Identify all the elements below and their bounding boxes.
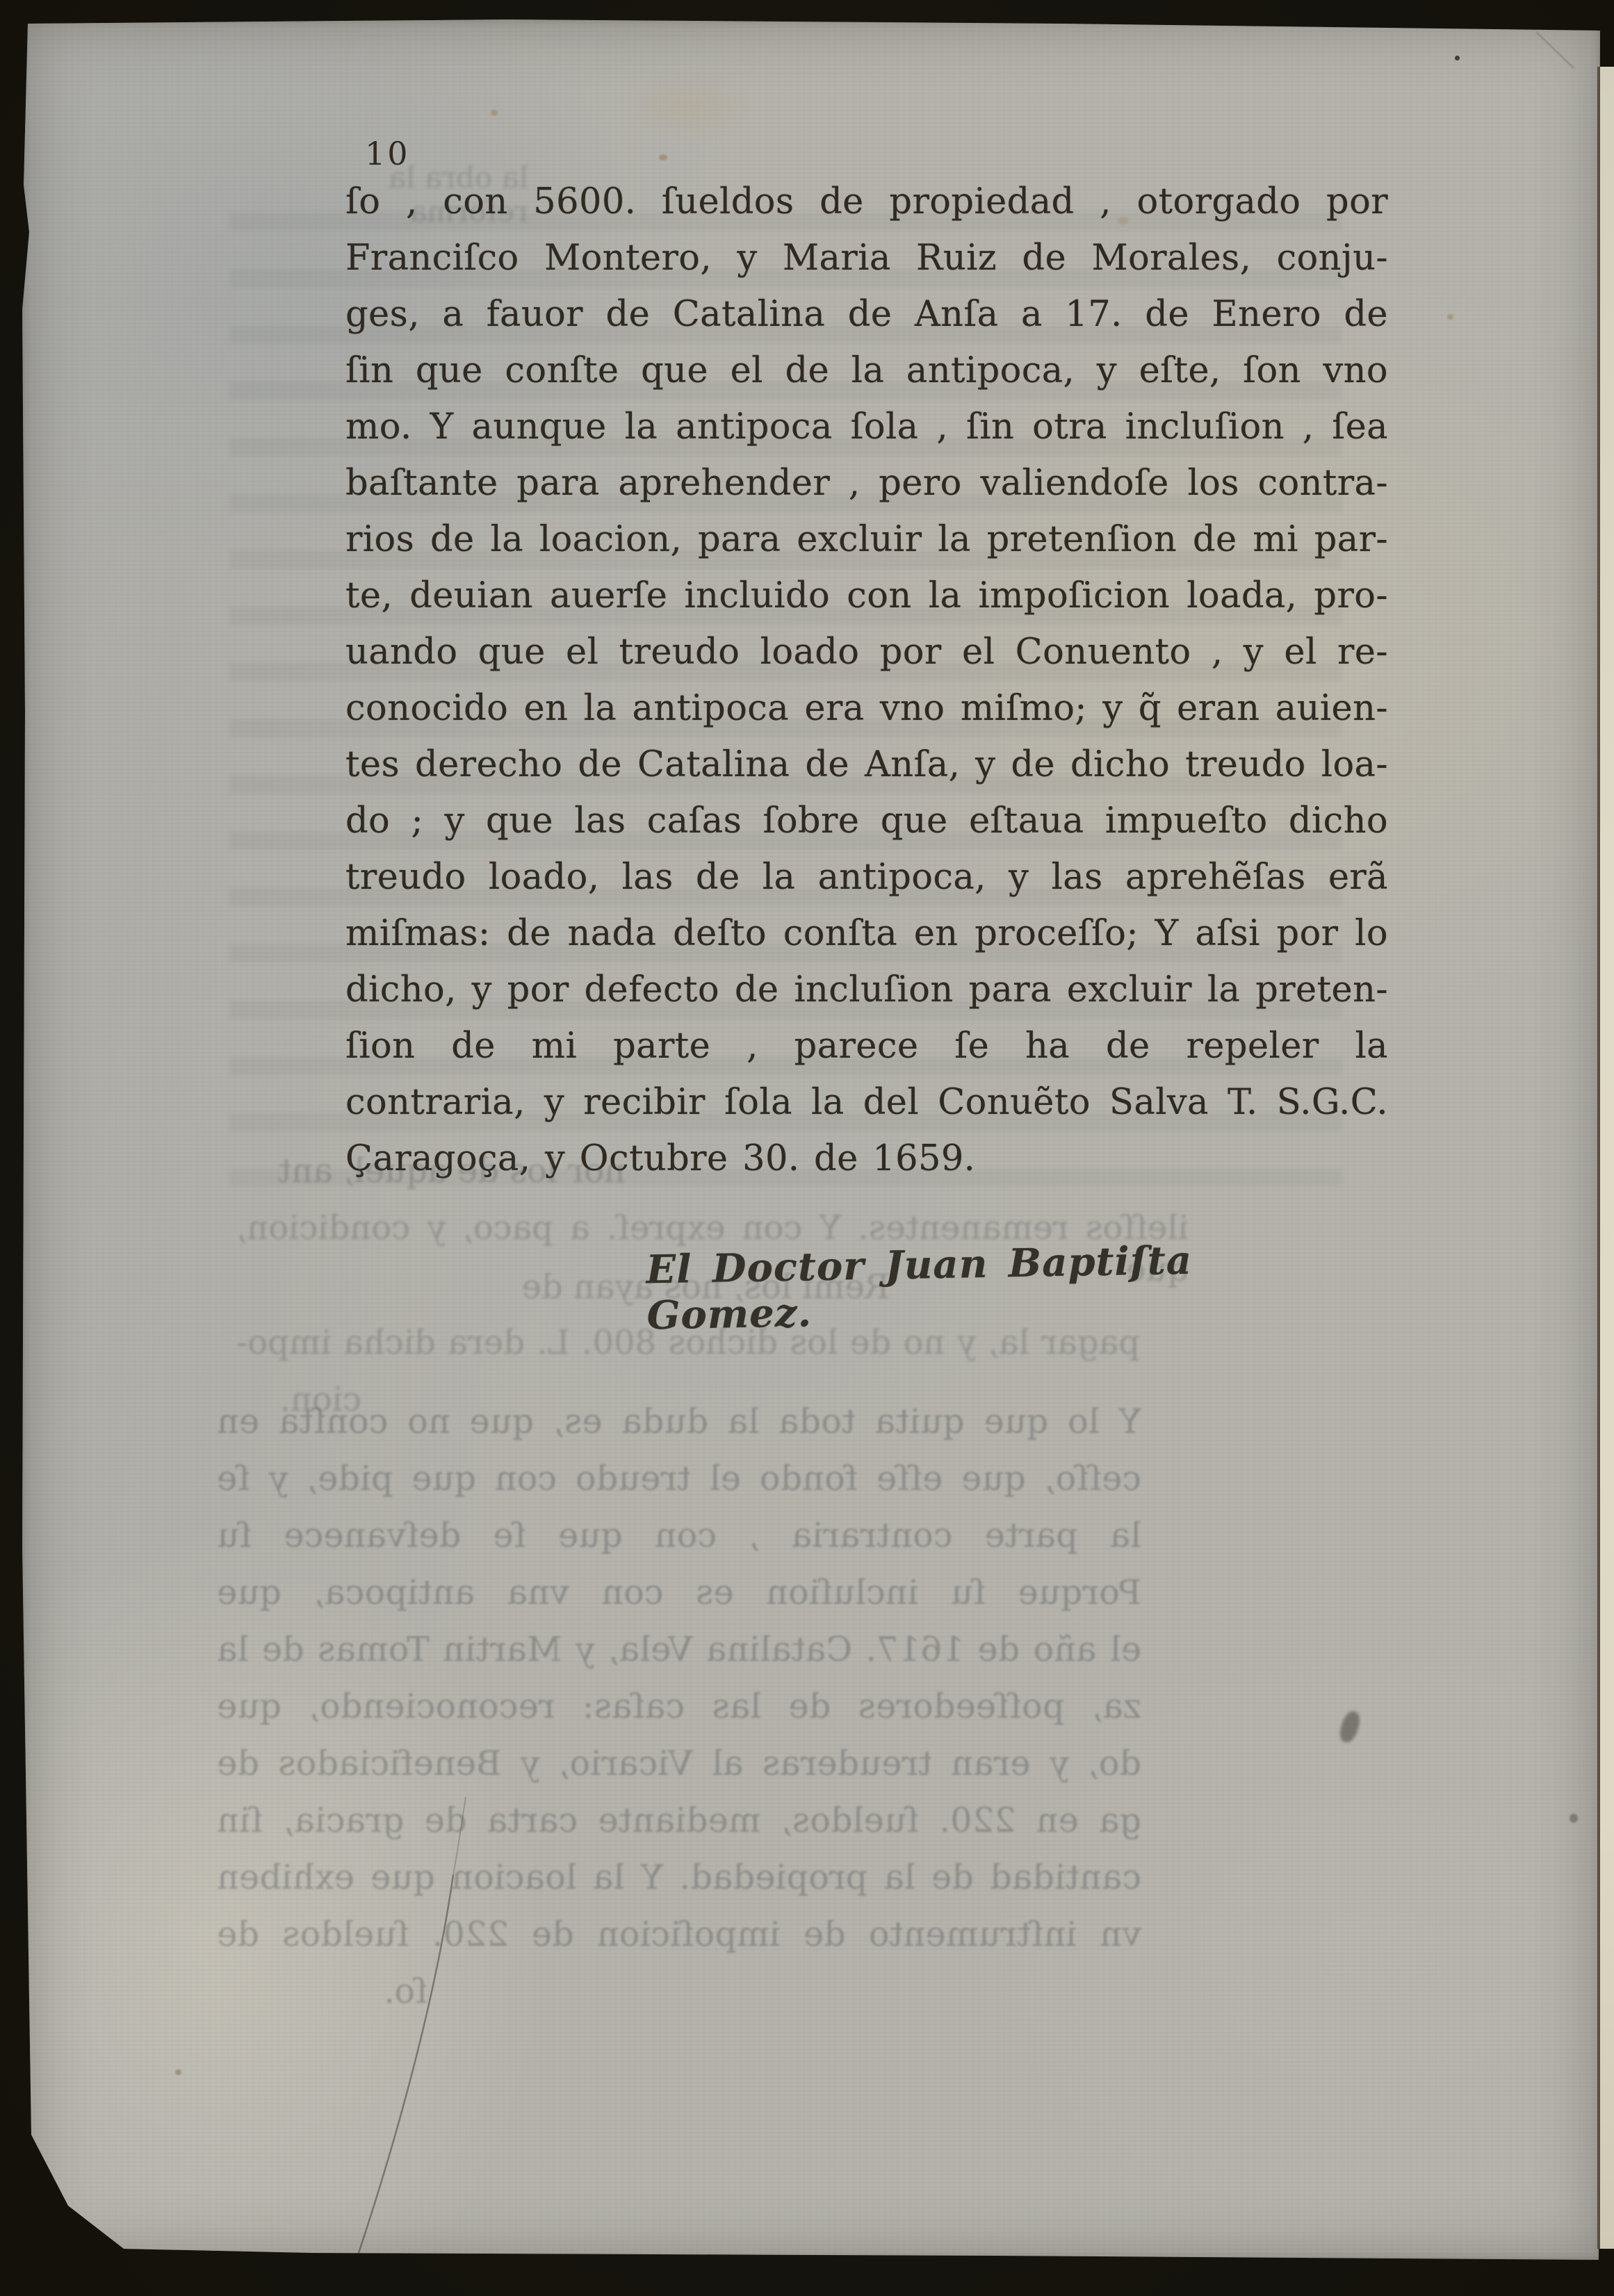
paper-crease-line (21, 18, 1601, 2261)
document-page: la obra la reforma 10 ſo , con 5600. ſue… (21, 18, 1601, 2261)
scan-background: la obra la reforma 10 ſo , con 5600. ſue… (0, 0, 1614, 2296)
adjacent-page-edge (1597, 67, 1614, 2249)
